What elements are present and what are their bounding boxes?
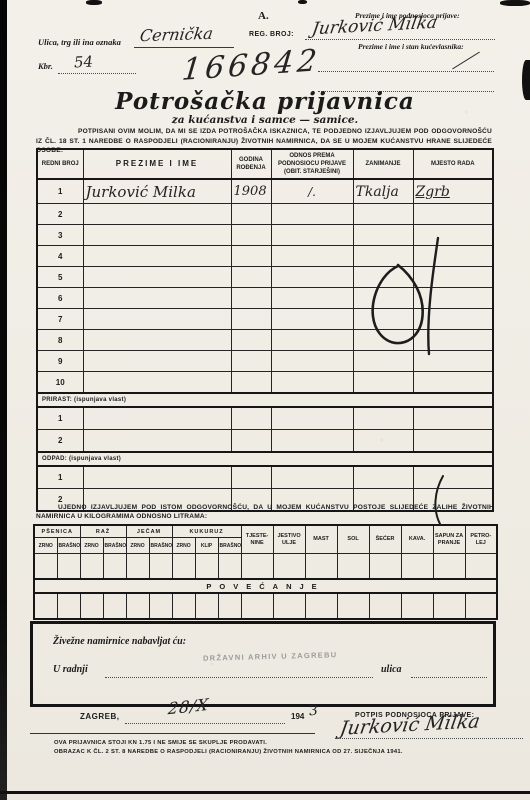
dotted-line bbox=[125, 722, 285, 724]
supplies-value-cell bbox=[34, 593, 57, 619]
supplies-col-tjeste-nine: TJESTE- NINE bbox=[241, 525, 273, 554]
scan-bottom-edge bbox=[0, 791, 530, 794]
member-cell-relation bbox=[271, 309, 353, 330]
member-cell-relation bbox=[271, 288, 353, 309]
col-odnos: ODNOS PREMA PODNOSIOCU PRIJAVE (OBIT. ST… bbox=[271, 149, 353, 179]
member-cell-occupation bbox=[353, 309, 413, 330]
supplies-col-petro-lej: PETRO- LEJ bbox=[465, 525, 497, 554]
dotted-line bbox=[305, 38, 495, 40]
scan-smudge bbox=[500, 0, 530, 6]
supplies-table-header: PŠENICARAŽJEČAMKUKURUZTJESTE- NINEJESTIV… bbox=[34, 525, 497, 554]
member-cell-name bbox=[83, 351, 231, 372]
street-label: Ulica, trg ili ina oznaka bbox=[38, 37, 121, 47]
supplies-value-row bbox=[34, 593, 497, 619]
member-cell-occupation bbox=[353, 330, 413, 351]
supplies-value-cell bbox=[172, 593, 195, 619]
col-mjesto-rada: MJESTO RADA bbox=[413, 149, 493, 179]
odpad-label: ODPAD: (ispunjava vlast) bbox=[37, 452, 493, 466]
member-cell-occupation bbox=[353, 267, 413, 288]
members-table: REDNI BROJ PREZIME I IME GODINA ROĐENJA … bbox=[36, 148, 494, 512]
member-cell-relation bbox=[271, 351, 353, 372]
section-cell-year bbox=[231, 466, 271, 489]
section-label-row: PRIRAST: (ispunjava vlast) bbox=[37, 393, 493, 407]
supplies-col--e-er: ŠEĆER bbox=[369, 525, 401, 554]
supplies-sub-col: ZRNO bbox=[34, 538, 57, 554]
member-cell-workplace bbox=[413, 309, 493, 330]
member-cell-num: 8 bbox=[37, 330, 83, 351]
member-cell-workplace bbox=[413, 330, 493, 351]
member-cell-workplace bbox=[413, 351, 493, 372]
archive-stamp: DRŽAVNI ARHIV U ZAGREBU bbox=[203, 650, 338, 663]
supplies-value-cell bbox=[57, 554, 80, 580]
member-row: 8 bbox=[37, 330, 493, 351]
applicant-name-handwritten: Jurković Milka bbox=[310, 13, 438, 40]
supplies-value-cell bbox=[57, 593, 80, 619]
member-cell-occupation bbox=[353, 372, 413, 394]
member-cell-num: 5 bbox=[37, 267, 83, 288]
povecanje-row: POVEĆANJE bbox=[34, 579, 497, 593]
section-letter: A. bbox=[258, 10, 269, 22]
section-cell-year bbox=[231, 407, 271, 430]
member-row: 6 bbox=[37, 288, 493, 309]
supplies-group-kukuruz: KUKURUZ bbox=[172, 525, 241, 538]
section-cell-year bbox=[231, 430, 271, 453]
section-row: 1 bbox=[37, 466, 493, 489]
supplies-value-cell bbox=[34, 554, 57, 580]
supplies-group-ječam: JEČAM bbox=[126, 525, 172, 538]
supplies-value-cell bbox=[218, 593, 241, 619]
dotted-line bbox=[411, 676, 487, 678]
supplies-value-cell bbox=[195, 593, 218, 619]
members-table-body: 1Jurković Milka1908/.TkaljaZgrb234567891… bbox=[37, 179, 493, 511]
prirast-label: PRIRAST: (ispunjava vlast) bbox=[37, 393, 493, 407]
section-cell-num: 1 bbox=[37, 466, 83, 489]
member-cell-num: 4 bbox=[37, 246, 83, 267]
supplies-value-cell bbox=[369, 554, 401, 580]
col-prezime-ime: PREZIME I IME bbox=[83, 149, 231, 179]
supplies-group-pšenica: PŠENICA bbox=[34, 525, 80, 538]
member-cell-workplace bbox=[413, 372, 493, 394]
supplies-value-cell bbox=[273, 593, 305, 619]
member-cell-year bbox=[231, 204, 271, 225]
member-cell-name: Jurković Milka bbox=[83, 179, 231, 204]
form-title: Potrošačka prijavnica bbox=[0, 88, 530, 115]
member-cell-year bbox=[231, 288, 271, 309]
supplies-value-cell bbox=[241, 554, 273, 580]
supplies-value-cell bbox=[241, 593, 273, 619]
member-cell-relation bbox=[271, 246, 353, 267]
supplies-value-cell bbox=[149, 554, 172, 580]
member-row: 10 bbox=[37, 372, 493, 394]
member-cell-name bbox=[83, 372, 231, 394]
member-cell-year bbox=[231, 351, 271, 372]
member-cell-num: 1 bbox=[37, 179, 83, 204]
members-table-header: REDNI BROJ PREZIME I IME GODINA ROĐENJA … bbox=[37, 149, 493, 179]
supplies-sub-col: BRAŠNO bbox=[149, 538, 172, 554]
supplies-value-cell bbox=[401, 554, 433, 580]
supplies-value-cell bbox=[433, 554, 465, 580]
member-cell-num: 10 bbox=[37, 372, 83, 394]
dotted-line bbox=[105, 676, 373, 678]
member-cell-year bbox=[231, 246, 271, 267]
supplies-value-cell bbox=[465, 593, 497, 619]
member-cell-relation bbox=[271, 225, 353, 246]
supplies-value-cell bbox=[126, 593, 149, 619]
member-cell-num: 9 bbox=[37, 351, 83, 372]
supplies-value-cell bbox=[80, 554, 103, 580]
supplies-value-cell bbox=[305, 554, 337, 580]
supplies-col-mast: MAST bbox=[305, 525, 337, 554]
section-label-row: ODPAD: (ispunjava vlast) bbox=[37, 452, 493, 466]
scan-smudge bbox=[86, 0, 102, 5]
section-cell-workplace bbox=[413, 407, 493, 430]
reg-number-handwritten: 166842 bbox=[180, 43, 322, 88]
member-cell-occupation bbox=[353, 288, 413, 309]
supplies-value-cell bbox=[218, 554, 241, 580]
member-cell-name bbox=[83, 225, 231, 246]
supplies-value-cell bbox=[401, 593, 433, 619]
reg-broj-label: REG. BROJ: bbox=[249, 31, 294, 38]
member-cell-name bbox=[83, 267, 231, 288]
supplies-sub-col: BRAŠNO bbox=[57, 538, 80, 554]
section-cell-num: 2 bbox=[37, 430, 83, 453]
col-godina-rodjenja: GODINA ROĐENJA bbox=[231, 149, 271, 179]
section-row: 1 bbox=[37, 407, 493, 430]
supplies-value-cell bbox=[273, 554, 305, 580]
supplies-value-cell bbox=[337, 554, 369, 580]
section-cell-num: 1 bbox=[37, 407, 83, 430]
section-row: 2 bbox=[37, 430, 493, 453]
section-cell-relation bbox=[271, 407, 353, 430]
ulica-label: ulica bbox=[381, 664, 402, 675]
year-printed: 194 bbox=[291, 712, 304, 721]
date-handwritten: 28/X bbox=[167, 695, 210, 719]
member-row: 7 bbox=[37, 309, 493, 330]
povecanje-label: POVEĆANJE bbox=[34, 579, 497, 593]
supplies-intro-text: UJEDNO IZJAVLJUJEM POD ISTOM ODGOVORNOŠĆ… bbox=[36, 503, 494, 521]
kbr-label: Kbr. bbox=[38, 61, 53, 71]
section-cell-occupation bbox=[353, 466, 413, 489]
supplies-value-cell bbox=[80, 593, 103, 619]
section-cell-occupation bbox=[353, 407, 413, 430]
member-cell-num: 3 bbox=[37, 225, 83, 246]
dotted-line bbox=[318, 70, 494, 72]
supplies-table-body: POVEĆANJE bbox=[34, 554, 497, 620]
member-cell-workplace bbox=[413, 267, 493, 288]
member-row: 1Jurković Milka1908/.TkaljaZgrb bbox=[37, 179, 493, 204]
fine-print-line-1: OVA PRIJAVNICA STOJI KN 1.75 I NE SMIJE … bbox=[54, 739, 474, 748]
member-row: 3 bbox=[37, 225, 493, 246]
supplies-sub-col: BRAŠNO bbox=[103, 538, 126, 554]
supplies-col-jestivo-ulje: JESTIVO ULJE bbox=[273, 525, 305, 554]
col-redni-broj: REDNI BROJ bbox=[37, 149, 83, 179]
member-cell-name bbox=[83, 204, 231, 225]
supplies-value-cell bbox=[433, 593, 465, 619]
member-cell-relation: /. bbox=[271, 179, 353, 204]
section-cell-name bbox=[83, 430, 231, 453]
supplies-value-cell bbox=[195, 554, 218, 580]
underline bbox=[134, 47, 234, 48]
form-subtitle: za kućanstva i samce — samice. bbox=[0, 114, 530, 126]
supplies-sub-col: ZRNO bbox=[172, 538, 195, 554]
member-cell-workplace bbox=[413, 225, 493, 246]
supplies-value-cell bbox=[305, 593, 337, 619]
supplies-col-sol: SOL bbox=[337, 525, 369, 554]
purchase-box: Živežne namirnice nabavljat ću: DRŽAVNI … bbox=[30, 621, 496, 707]
place-label: ZAGREB, bbox=[80, 712, 120, 721]
member-cell-name bbox=[83, 330, 231, 351]
col-zanimanje: ZANIMANJE bbox=[353, 149, 413, 179]
supplies-value-cell bbox=[369, 593, 401, 619]
supplies-sub-col: BRAŠNO bbox=[218, 538, 241, 554]
member-cell-workplace bbox=[413, 246, 493, 267]
member-cell-name bbox=[83, 309, 231, 330]
supplies-group-raž: RAŽ bbox=[80, 525, 126, 538]
section-cell-name bbox=[83, 466, 231, 489]
divider-line bbox=[30, 733, 315, 734]
member-cell-name bbox=[83, 246, 231, 267]
year-digit-handwritten: 3 bbox=[308, 703, 318, 720]
member-cell-relation bbox=[271, 330, 353, 351]
section-cell-occupation bbox=[353, 430, 413, 453]
supplies-value-cell bbox=[172, 554, 195, 580]
member-cell-occupation bbox=[353, 351, 413, 372]
member-cell-occupation: Tkalja bbox=[353, 179, 413, 204]
member-row: 2 bbox=[37, 204, 493, 225]
member-cell-workplace: Zgrb bbox=[413, 179, 493, 204]
member-cell-occupation bbox=[353, 246, 413, 267]
section-cell-workplace bbox=[413, 430, 493, 453]
member-cell-workplace bbox=[413, 204, 493, 225]
member-cell-relation bbox=[271, 204, 353, 225]
section-cell-relation bbox=[271, 466, 353, 489]
scan-smudge bbox=[298, 0, 307, 4]
member-cell-year bbox=[231, 309, 271, 330]
member-cell-year bbox=[231, 372, 271, 394]
member-cell-year bbox=[231, 330, 271, 351]
purchase-intro: Živežne namirnice nabavljat ću: bbox=[53, 636, 186, 647]
fine-print: OVA PRIJAVNICA STOJI KN 1.75 I NE SMIJE … bbox=[54, 739, 474, 758]
member-cell-relation bbox=[271, 267, 353, 288]
kbr-value-handwritten: 54 bbox=[74, 53, 94, 72]
member-row: 9 bbox=[37, 351, 493, 372]
supplies-value-cell bbox=[337, 593, 369, 619]
member-cell-relation bbox=[271, 372, 353, 394]
section-cell-workplace bbox=[413, 466, 493, 489]
supplies-value-cell bbox=[103, 593, 126, 619]
member-cell-occupation bbox=[353, 204, 413, 225]
member-row: 5 bbox=[37, 267, 493, 288]
member-cell-occupation bbox=[353, 225, 413, 246]
member-cell-num: 7 bbox=[37, 309, 83, 330]
dotted-line bbox=[58, 72, 136, 74]
supplies-group-row: PŠENICARAŽJEČAMKUKURUZTJESTE- NINEJESTIV… bbox=[34, 525, 497, 538]
supplies-value-cell bbox=[103, 554, 126, 580]
member-row: 4 bbox=[37, 246, 493, 267]
member-cell-year bbox=[231, 225, 271, 246]
supplies-value-cell bbox=[126, 554, 149, 580]
fine-print-line-2: OBRAZAC K ČL. 2 ST. 8 NAREDBE O RASPODJE… bbox=[54, 748, 474, 757]
member-cell-name bbox=[83, 288, 231, 309]
supplies-table: PŠENICARAŽJEČAMKUKURUZTJESTE- NINEJESTIV… bbox=[33, 524, 498, 620]
supplies-sub-col: ZRNO bbox=[126, 538, 149, 554]
supplies-value-row bbox=[34, 554, 497, 580]
section-cell-name bbox=[83, 407, 231, 430]
pen-slash-mark bbox=[452, 52, 480, 70]
shop-label: U radnji bbox=[53, 664, 88, 675]
member-cell-year bbox=[231, 267, 271, 288]
member-cell-num: 2 bbox=[37, 204, 83, 225]
member-cell-num: 6 bbox=[37, 288, 83, 309]
member-cell-workplace bbox=[413, 288, 493, 309]
section-cell-relation bbox=[271, 430, 353, 453]
supplies-sub-col: KLIP bbox=[195, 538, 218, 554]
supplies-value-cell bbox=[149, 593, 172, 619]
supplies-sub-col: ZRNO bbox=[80, 538, 103, 554]
member-cell-year: 1908 bbox=[231, 179, 271, 204]
supplies-col-sapun-za-pranje: SAPUN ZA PRANJE bbox=[433, 525, 465, 554]
scanned-form-page: A. REG. BROJ: Prezime i ime podnosioca p… bbox=[0, 0, 530, 800]
street-value-handwritten: Cernička bbox=[139, 24, 215, 46]
supplies-value-cell bbox=[465, 554, 497, 580]
supplies-col-kava-: KAVA. bbox=[401, 525, 433, 554]
landlord-label: Prezime i ime i stan kućevlasnika: bbox=[358, 42, 464, 51]
